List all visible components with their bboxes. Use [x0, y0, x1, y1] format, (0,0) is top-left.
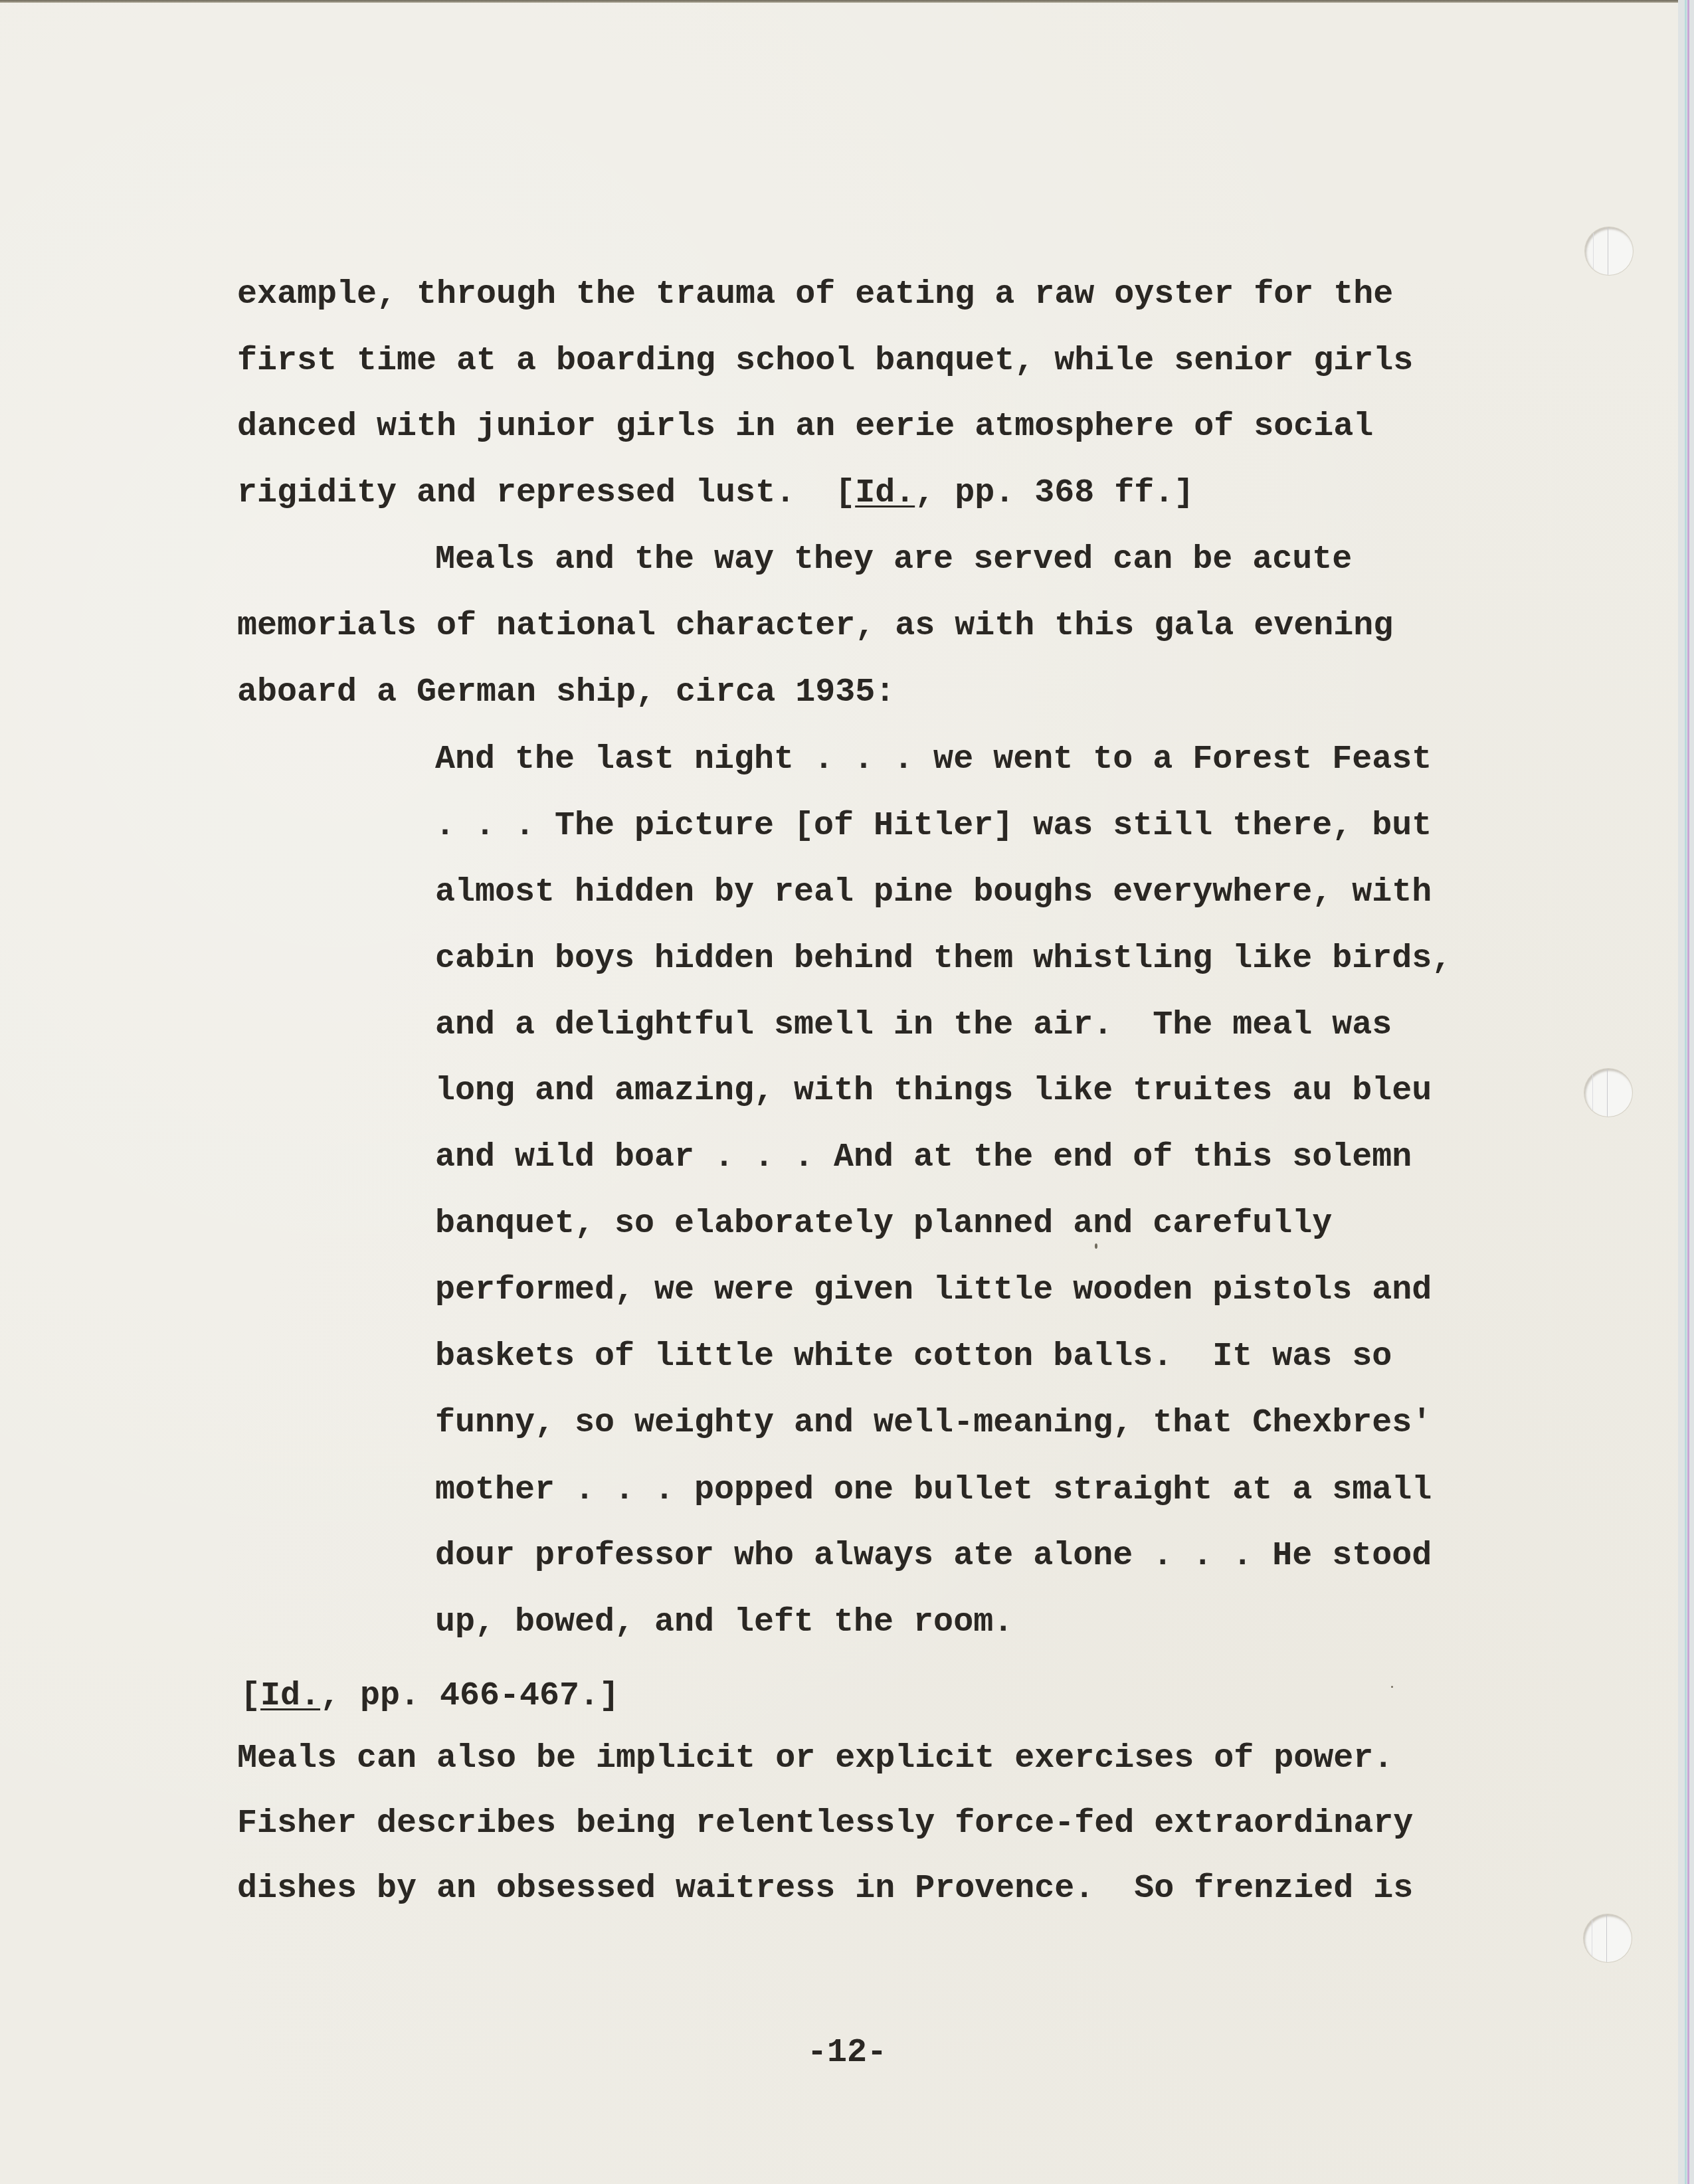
- quote-line: funny, so weighty and well-meaning, that…: [435, 1407, 1432, 1440]
- scanner-edge-strip: [1678, 0, 1694, 2184]
- punch-hole-icon: [1584, 1069, 1632, 1117]
- text-line: example, through the trauma of eating a …: [237, 278, 1393, 312]
- edge-line: [1687, 0, 1689, 2184]
- text-line-citation: [Id., pp. 466-467.]: [240, 1680, 619, 1713]
- citation-id-underlined: Id.: [260, 1677, 320, 1715]
- punch-hole-icon: [1584, 1914, 1632, 1962]
- quote-line: and a delightful smell in the air. The m…: [435, 1009, 1392, 1042]
- text-segment: [: [240, 1677, 260, 1715]
- punch-hole-icon: [1585, 227, 1633, 275]
- page-number: -12-: [807, 2037, 887, 2070]
- quote-line: performed, we were given little wooden p…: [435, 1274, 1432, 1307]
- text-line: Fisher describes being relentlessly forc…: [237, 1807, 1413, 1841]
- text-line: danced with junior girls in an eerie atm…: [237, 410, 1373, 444]
- citation-id-underlined: Id.: [855, 474, 915, 512]
- quote-line: mother . . . popped one bullet straight …: [435, 1474, 1432, 1507]
- text-line: first time at a boarding school banquet,…: [237, 345, 1413, 378]
- quote-line: And the last night . . . we went to a Fo…: [435, 743, 1432, 776]
- text-line: dishes by an obsessed waitress in Proven…: [237, 1872, 1413, 1906]
- page-top-edge: [0, 0, 1678, 3]
- quote-line: and wild boar . . . And at the end of th…: [435, 1141, 1412, 1174]
- text-line: memorials of national character, as with…: [237, 610, 1393, 643]
- document-page: example, through the trauma of eating a …: [0, 0, 1678, 2184]
- quote-line: long and amazing, with things like truit…: [435, 1075, 1432, 1108]
- text-segment: , pp. 466-467.]: [320, 1677, 619, 1715]
- quote-line: banquet, so elaborately planned and care…: [435, 1208, 1332, 1241]
- ink-speck: [1095, 1243, 1097, 1249]
- text-line: aboard a German ship, circa 1935:: [237, 676, 895, 709]
- text-line: Meals can also be implicit or explicit e…: [237, 1742, 1393, 1775]
- text-segment: , pp. 368 ff.]: [915, 474, 1194, 512]
- ink-speck: [1391, 1686, 1393, 1688]
- quote-line: cabin boys hidden behind them whistling …: [435, 943, 1452, 976]
- edge-tint: [1685, 0, 1687, 2184]
- text-line-citation: rigidity and repressed lust. [Id., pp. 3…: [237, 477, 1194, 510]
- quote-line: dour professor who always ate alone . . …: [435, 1540, 1432, 1573]
- quote-line: baskets of little white cotton balls. It…: [435, 1340, 1392, 1374]
- quote-line: up, bowed, and left the room.: [435, 1606, 1013, 1639]
- text-segment: rigidity and repressed lust. [: [237, 474, 855, 512]
- quote-line: almost hidden by real pine boughs everyw…: [435, 876, 1432, 909]
- paragraph-first-line: Meals and the way they are served can be…: [435, 543, 1352, 577]
- quote-line: . . . The picture [of Hitler] was still …: [435, 810, 1432, 843]
